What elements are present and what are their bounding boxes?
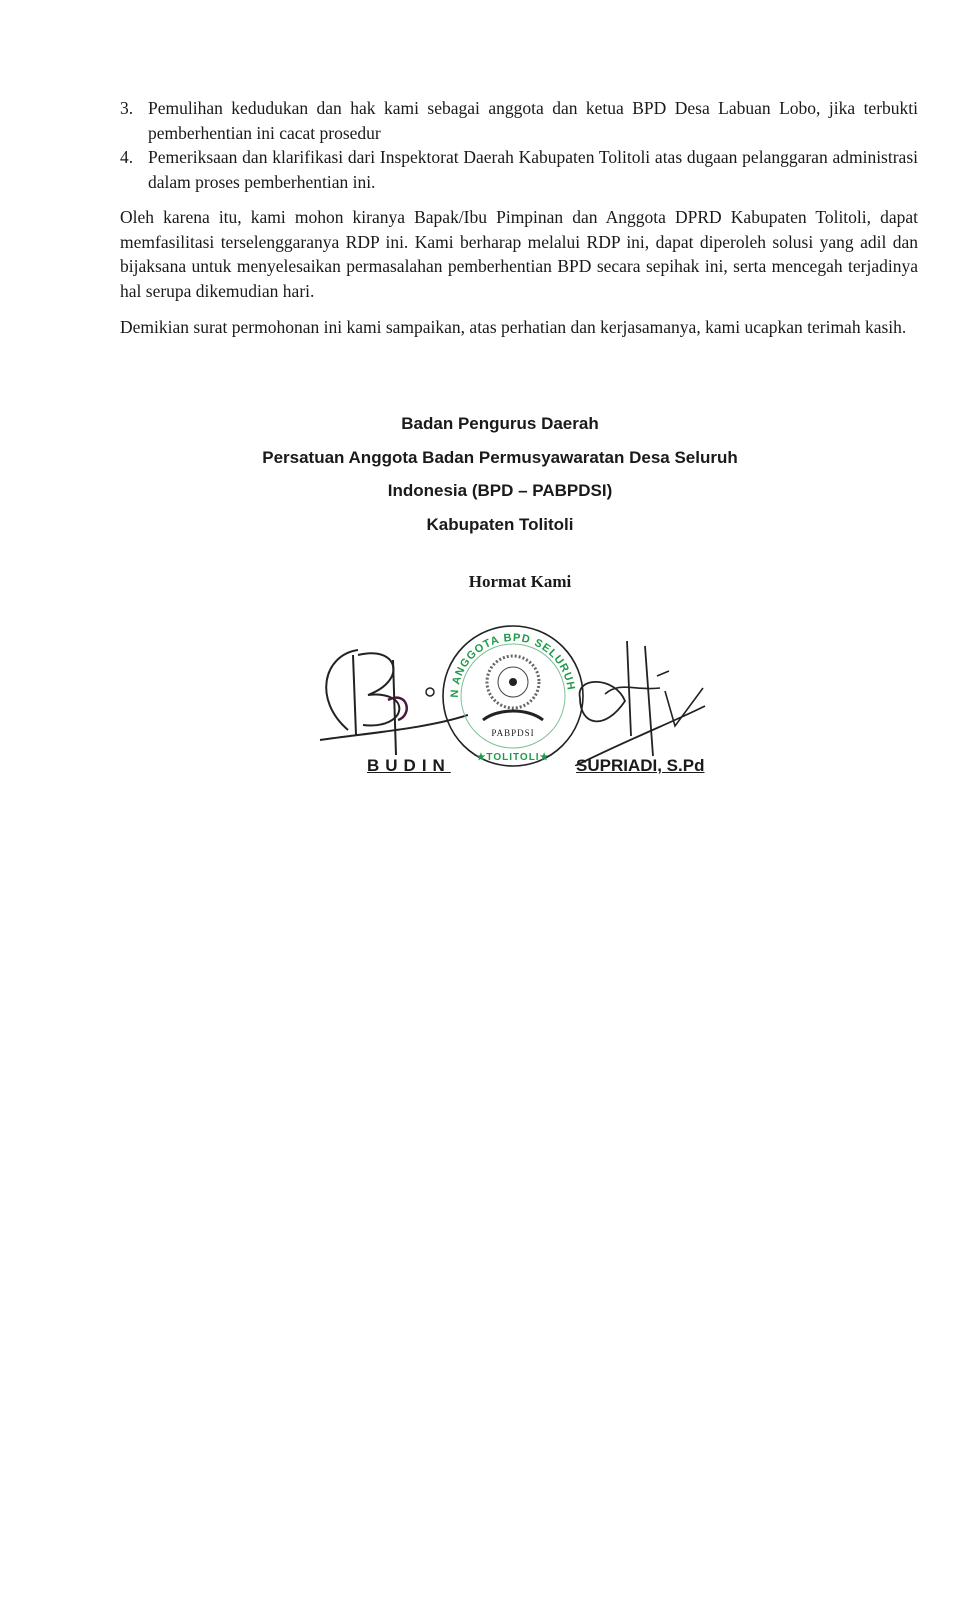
org-line-2: Persatuan Anggota Badan Permusyawaratan …: [200, 441, 800, 475]
demands-list: 3. Pemulihan kedudukan dan hak kami seba…: [120, 96, 918, 194]
list-text: Pemeriksaan dan klarifikasi dari Inspekt…: [148, 145, 918, 194]
org-line-3: Indonesia (BPD – PABPDSI): [200, 474, 800, 508]
document-page: 3. Pemulihan kedudukan dan hak kami seba…: [0, 0, 976, 1599]
request-paragraph: Oleh karena itu, kami mohon kiranya Bapa…: [120, 205, 918, 303]
closing-salutation: Hormat Kami: [420, 572, 620, 592]
stamp-center-text: PABPDSI: [491, 728, 534, 738]
list-text: Pemulihan kedudukan dan hak kami sebagai…: [148, 96, 918, 145]
list-item: 3. Pemulihan kedudukan dan hak kami seba…: [120, 96, 918, 145]
organization-heading: Badan Pengurus Daerah Persatuan Anggota …: [200, 407, 800, 541]
svg-text:★TOLITOLI★: ★TOLITOLI★: [476, 752, 549, 763]
list-item: 4. Pemeriksaan dan klarifikasi dari Insp…: [120, 145, 918, 194]
organization-stamp-icon: PERSATUAN ANGGOTA BPD SELURUH INDONESIA …: [438, 620, 588, 772]
list-number: 3.: [120, 96, 148, 145]
signatory-left-name: BUDIN: [367, 756, 451, 776]
org-line-4: Kabupaten Tolitoli: [200, 508, 800, 542]
svg-text:PERSATUAN ANGGOTA BPD SELURUH: PERSATUAN ANGGOTA BPD SELURUH INDONESIA: [438, 620, 577, 698]
signature-right-icon: [575, 636, 710, 766]
list-number: 4.: [120, 145, 148, 194]
closing-paragraph: Demikian surat permohonan ini kami sampa…: [120, 315, 918, 340]
signatory-right-name: SUPRIADI, S.Pd: [576, 756, 704, 776]
org-line-1: Badan Pengurus Daerah: [200, 407, 800, 441]
